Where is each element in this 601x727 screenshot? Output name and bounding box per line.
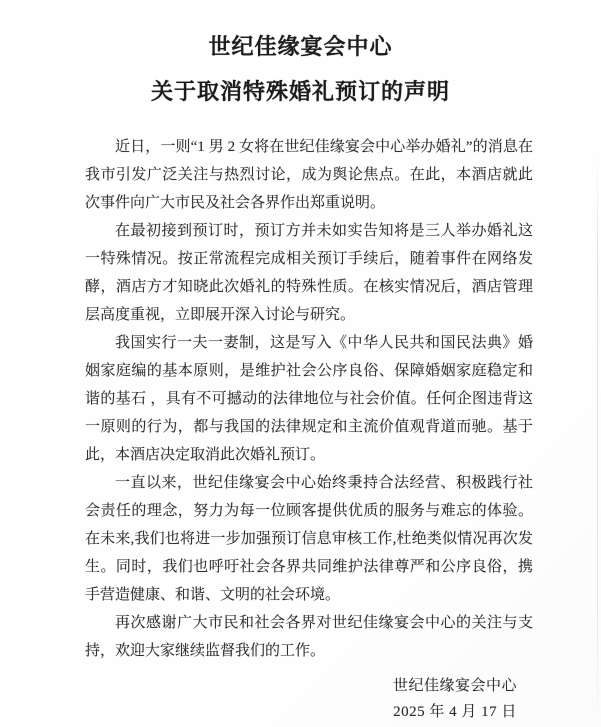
signature-date: 2025 年 4 月 17 日: [393, 699, 517, 725]
signature-block: 世纪佳缘宴会中心 2025 年 4 月 17 日: [393, 673, 517, 725]
document-header: 世纪佳缘宴会中心 关于取消特殊婚礼预订的声明: [0, 0, 601, 103]
photo-edge-line: [597, 150, 598, 727]
document-title: 世纪佳缘宴会中心: [0, 36, 601, 58]
signature-area: 世纪佳缘宴会中心 2025 年 4 月 17 日: [0, 673, 601, 725]
signature-name: 世纪佳缘宴会中心: [393, 673, 517, 699]
paragraph: 我国实行一夫一妻制，这是写入《中华人民共和国民法典》婚姻家庭编的基本原则，是维护…: [85, 329, 533, 469]
paragraph: 在最初接到预订时，预订方并未如实告知将是三人举办婚礼这一特殊情况。按正常流程完成…: [85, 217, 533, 329]
paragraph: 近日，一则“1 男 2 女将在世纪佳缘宴会中心举办婚礼”的消息在我市引发广泛关注…: [85, 133, 533, 217]
document-body: 近日，一则“1 男 2 女将在世纪佳缘宴会中心举办婚礼”的消息在我市引发广泛关注…: [0, 133, 601, 665]
document-subtitle: 关于取消特殊婚礼预订的声明: [0, 81, 601, 103]
paragraph: 一直以来，世纪佳缘宴会中心始终秉持合法经营、积极践行社会责任的理念，努力为每一位…: [85, 469, 533, 609]
document-page: 世纪佳缘宴会中心 关于取消特殊婚礼预订的声明 近日，一则“1 男 2 女将在世纪…: [0, 0, 601, 727]
paragraph: 再次感谢广大市民和社会各界对世纪佳缘宴会中心的关注与支持，欢迎大家继续监督我们的…: [85, 609, 533, 665]
